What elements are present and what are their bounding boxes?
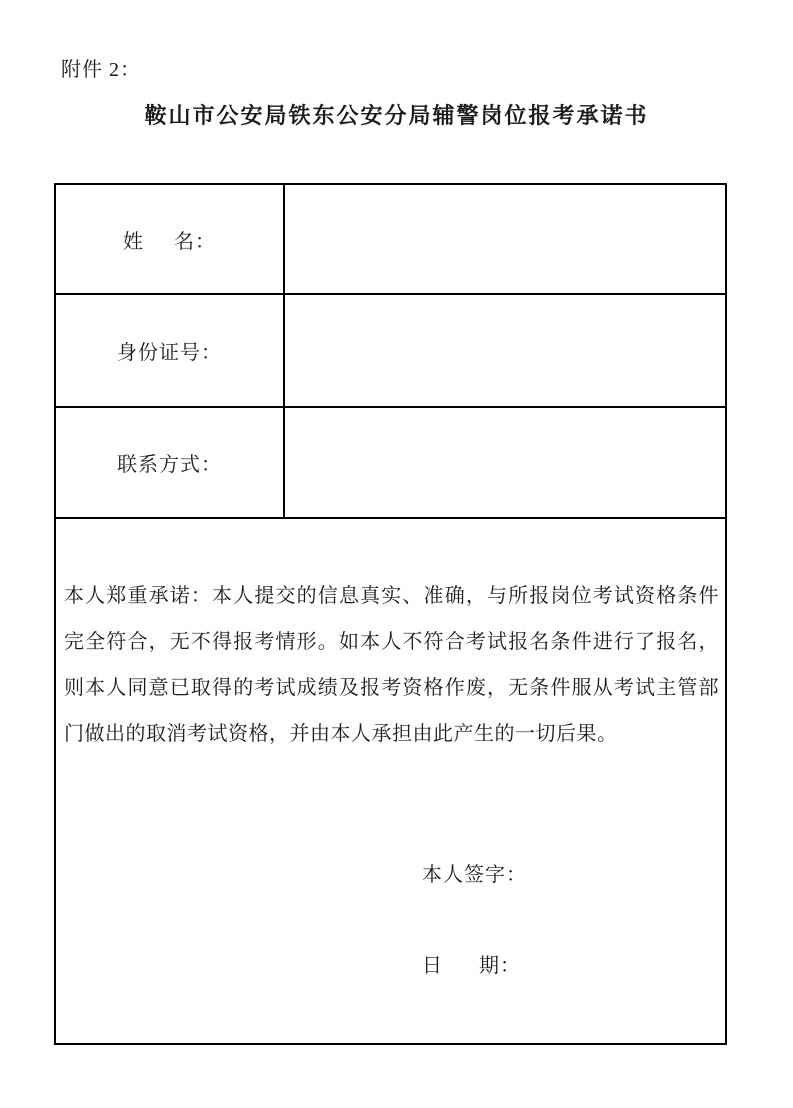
table-row-commitment: 本人郑重承诺：本人提交的信息真实、准确，与所报岗位考试资格条件完全符合，无不得报… (55, 518, 726, 1044)
table-row-id-number: 身份证号： (55, 294, 726, 407)
name-label: 姓 名： (55, 184, 284, 294)
commitment-cell: 本人郑重承诺：本人提交的信息真实、准确，与所报岗位考试资格条件完全符合，无不得报… (55, 518, 726, 1044)
table-row-name: 姓 名： (55, 184, 726, 294)
table-row-contact: 联系方式： (55, 407, 726, 518)
page-title: 鞍山市公安局铁东公安分局辅警岗位报考承诺书 (0, 99, 793, 130)
contact-label: 联系方式： (55, 407, 284, 518)
contact-input-cell[interactable] (284, 407, 726, 518)
attachment-label: 附件 2： (61, 53, 141, 82)
date-label: 日 期： (422, 949, 521, 978)
application-form-table: 姓 名： 身份证号： 联系方式： 本人郑重承诺：本人提交的信息真实、准确，与所报… (54, 183, 727, 1045)
signature-label: 本人签字： (422, 858, 527, 887)
document-page: 附件 2： 鞍山市公安局铁东公安分局辅警岗位报考承诺书 姓 名： 身份证号： 联… (0, 0, 793, 1108)
id-number-input-cell[interactable] (284, 294, 726, 407)
commitment-text: 本人郑重承诺：本人提交的信息真实、准确，与所报岗位考试资格条件完全符合，无不得报… (64, 573, 719, 757)
id-number-label: 身份证号： (55, 294, 284, 407)
name-input-cell[interactable] (284, 184, 726, 294)
